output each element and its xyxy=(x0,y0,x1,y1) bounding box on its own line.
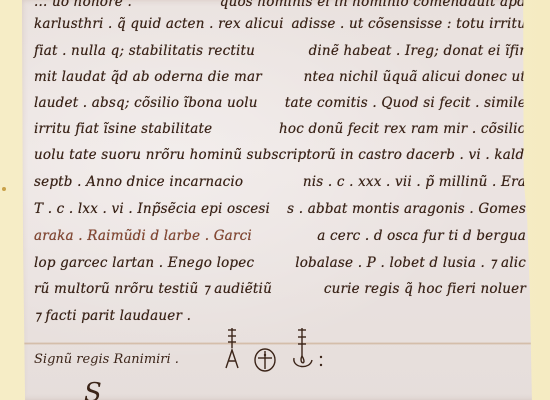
manuscript-line: lop garcec lartan . Enego lopec lobalase… xyxy=(34,255,526,271)
manuscript-line: fiat . nulla q; stabilitatis rectitu din… xyxy=(34,43,526,59)
manuscript-line: mit laudat q̃d ab oderna die mar ntea ni… xyxy=(34,69,526,85)
line-text-left: septb . Anno dnice incarnacio xyxy=(34,174,243,190)
line-text-right: a cerc . d osca fur ti d bergua xyxy=(317,228,526,244)
line-text-right: ntea nichil ũquã alicui donec ut xyxy=(304,69,526,85)
line-text-right: tate comitis . Quod si fecit . simile xyxy=(285,95,526,111)
royal-signature-line: Signũ regis Ranimiri . xyxy=(34,352,179,367)
manuscript-line: ⁊ facti parit laudauer . xyxy=(34,308,526,324)
manuscript-line: ... uo honore . quos hominis ei in homin… xyxy=(34,0,526,10)
manuscript-line: rũ multorũ nrõru testiũ ⁊ audiẽtiũ curie… xyxy=(34,281,526,297)
line-text-left: laudet . absq; cõsilio ĩbona uolu xyxy=(34,95,258,111)
line-text-left: ⁊ facti parit laudauer . xyxy=(34,308,191,324)
royal-signum-marks xyxy=(218,324,338,372)
document-viewport: ... uo honore . quos hominis ei in homin… xyxy=(0,0,550,400)
manuscript-line: araka . Raimũdi d larbe . Garci a cerc .… xyxy=(34,228,526,244)
manuscript-line: T . c . lxx . vi . Inp̃sẽcia epi oscesi … xyxy=(34,201,526,217)
line-text-left: rũ multorũ nrõru testiũ ⁊ audiẽtiũ xyxy=(34,281,272,297)
parchment-sheet: ... uo honore . quos hominis ei in homin… xyxy=(22,0,536,400)
decorated-initial: S xyxy=(84,378,102,400)
line-text-right: s . abbat montis aragonis . Gomes xyxy=(287,201,526,217)
line-text-left: karlusthri . q̃ quid acten . rex alicui xyxy=(34,16,284,32)
manuscript-line: septb . Anno dnice incarnacio nis . c . … xyxy=(34,174,526,190)
manuscript-line: karlusthri . q̃ quid acten . rex alicui … xyxy=(34,16,526,32)
line-text-left: araka . Raimũdi d larbe . Garci xyxy=(34,228,252,244)
manuscript-line: uolu tate suoru nrõru hominũ subsc ripto… xyxy=(34,147,526,163)
line-text-right: hoc donũ fecit rex ram mir . cõsilio xyxy=(279,121,526,137)
line-text-left: uolu tate suoru nrõru hominũ subsc xyxy=(34,147,286,163)
line-text-left: lop garcec lartan . Enego lopec xyxy=(34,255,254,271)
manuscript-line: irritu fiat ĩsine stabilitate hoc donũ f… xyxy=(34,121,526,137)
line-text-left: irritu fiat ĩsine stabilitate xyxy=(34,121,212,137)
line-text-left: fiat . nulla q; stabilitatis rectitu xyxy=(34,43,255,59)
line-text-right: curie regis q̃ hoc fieri noluer xyxy=(324,281,526,297)
line-text-left: T . c . lxx . vi . Inp̃sẽcia epi oscesi xyxy=(34,201,270,217)
line-text-right: lobalase . P . lobet d lusia . ⁊ alic xyxy=(295,255,526,271)
line-text-right: riptorũ in castro dacerb . vi . kalds xyxy=(286,147,531,163)
line-text-right: quos hominis ei in hominio comendauit ap… xyxy=(220,0,526,10)
line-text-left: mit laudat q̃d ab oderna die mar xyxy=(34,69,262,85)
margin-dot-mark xyxy=(2,187,6,191)
line-text-right: dinẽ habeat . Ireg; donat ei ĩfir xyxy=(309,43,526,59)
line-text-left: ... uo honore . xyxy=(34,0,132,10)
line-text-right: adisse . ut cõsensisse : totu irritu xyxy=(292,16,527,32)
line-text-right: nis . c . xxx . vii . p̃ millinũ . Era xyxy=(303,174,526,190)
manuscript-line: laudet . absq; cõsilio ĩbona uolu tate c… xyxy=(34,95,526,111)
